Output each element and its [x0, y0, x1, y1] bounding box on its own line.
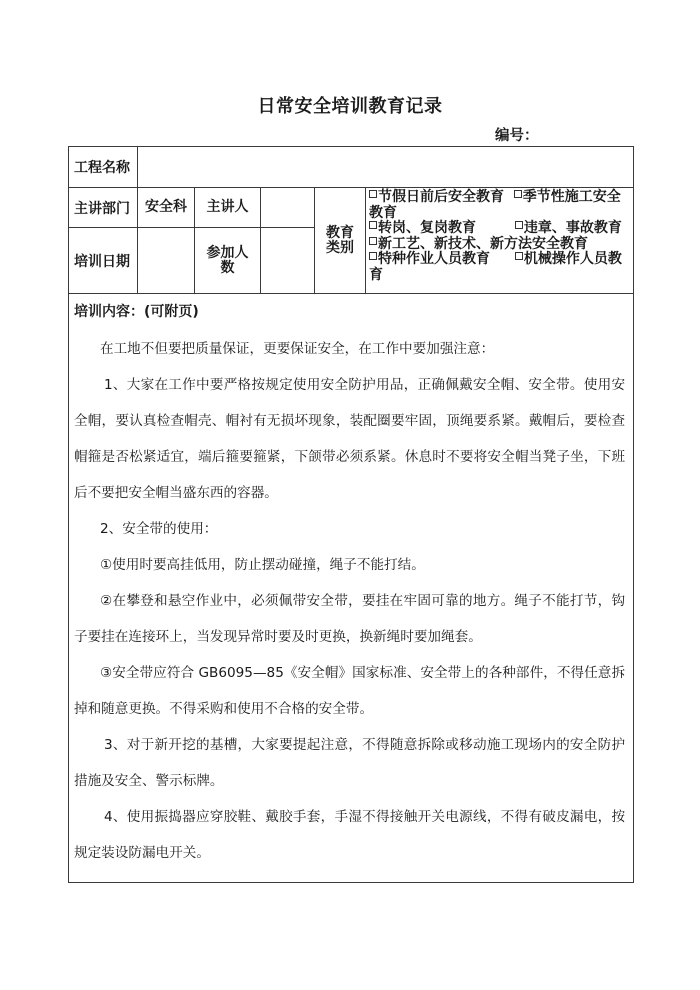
content-item-4: 4、使用振捣器应穿胶鞋、戴胶手套，手湿不得接触开关电源线，不得有破皮漏电，按规定… [69, 799, 633, 871]
department-row: 主讲部门 安全科 主讲人 教育 类别 节假日前后安全教育 季节性施工安全 教育 … [69, 188, 634, 228]
serial-number-label: 编号： [495, 124, 539, 145]
checkbox-icon[interactable] [369, 190, 377, 198]
checkbox-icon[interactable] [515, 252, 523, 260]
education-category-options: 节假日前后安全教育 季节性施工安全 教育 转岗、复岗教育 违章、事故教育 新工艺… [366, 188, 634, 294]
department-label: 主讲部门 [69, 188, 138, 228]
document-title: 日常安全培训教育记录 [0, 92, 700, 118]
category-option-seasonal-wrap: 教育 [369, 206, 631, 222]
attendees-label-line1: 参加人 [207, 245, 249, 261]
content-item-2-1: ①使用时要高挂低用，防止摆动碰撞，绳子不能打结。 [69, 547, 633, 583]
category-option-violation[interactable]: 违章、事故教育 [515, 220, 622, 236]
attendees-field[interactable] [261, 228, 315, 294]
training-date-label: 培训日期 [69, 228, 138, 294]
lecturer-label: 主讲人 [195, 188, 261, 228]
content-row: 培训内容：(可附页) 在工地不但要把质量保证，更要保证安全，在工作中要加强注意：… [69, 294, 634, 883]
attendees-label-line2: 数 [221, 260, 235, 276]
checkbox-icon[interactable] [515, 221, 523, 229]
checkbox-icon[interactable] [514, 190, 522, 198]
content-item-2: 2、安全带的使用： [69, 511, 633, 547]
lecturer-field[interactable] [261, 188, 315, 228]
content-intro: 在工地不但要把质量保证，更要保证安全，在工作中要加强注意： [69, 331, 633, 367]
attendees-label: 参加人 数 [195, 228, 261, 294]
category-option-seasonal[interactable]: 季节性施工安全 [514, 189, 621, 205]
category-option-special-ops[interactable]: 特种作业人员教育 [369, 251, 490, 267]
training-record-table: 工程名称 主讲部门 安全科 主讲人 教育 类别 节假日前后安全教育 季节性施工安… [68, 146, 634, 883]
content-item-1: 1、大家在工作中要严格按规定使用安全防护用品，正确佩戴安全帽、安全带。使用安全帽… [69, 367, 633, 511]
category-option-machine-ops-wrap: 育 [369, 268, 631, 284]
category-option-machine-ops[interactable]: 机械操作人员教 [515, 251, 622, 267]
department-field[interactable]: 安全科 [138, 188, 195, 228]
training-content: 培训内容：(可附页) 在工地不但要把质量保证，更要保证安全，在工作中要加强注意：… [69, 294, 634, 883]
content-item-2-3: ③安全带应符合 GB6095—85《安全帽》国家标准、安全带上的各种部件，不得任… [69, 655, 633, 727]
category-option-new-methods[interactable]: 新工艺、新技术、新方法安全教育 [369, 236, 588, 252]
checkbox-icon[interactable] [369, 221, 377, 229]
education-type-label-line2: 类别 [326, 240, 354, 256]
checkbox-icon[interactable] [369, 252, 377, 260]
project-name-label: 工程名称 [69, 147, 138, 188]
category-option-transfer[interactable]: 转岗、复岗教育 [369, 220, 476, 236]
training-date-field[interactable] [138, 228, 195, 294]
education-type-label-line1: 教育 [326, 225, 354, 241]
content-item-3: 3、对于新开挖的基槽，大家要提起注意，不得随意拆除或移动施工现场内的安全防护措施… [69, 727, 633, 799]
training-content-heading: 培训内容：(可附页) [69, 294, 633, 331]
education-type-label: 教育 类别 [315, 188, 366, 294]
project-name-field[interactable] [138, 147, 634, 188]
content-item-2-2: ②在攀登和悬空作业中，必须佩带安全带，要挂在牢固可靠的地方。绳子不能打节，钩子要… [69, 583, 633, 655]
project-name-row: 工程名称 [69, 147, 634, 188]
category-option-holiday[interactable]: 节假日前后安全教育 [369, 189, 504, 205]
checkbox-icon[interactable] [369, 237, 377, 245]
